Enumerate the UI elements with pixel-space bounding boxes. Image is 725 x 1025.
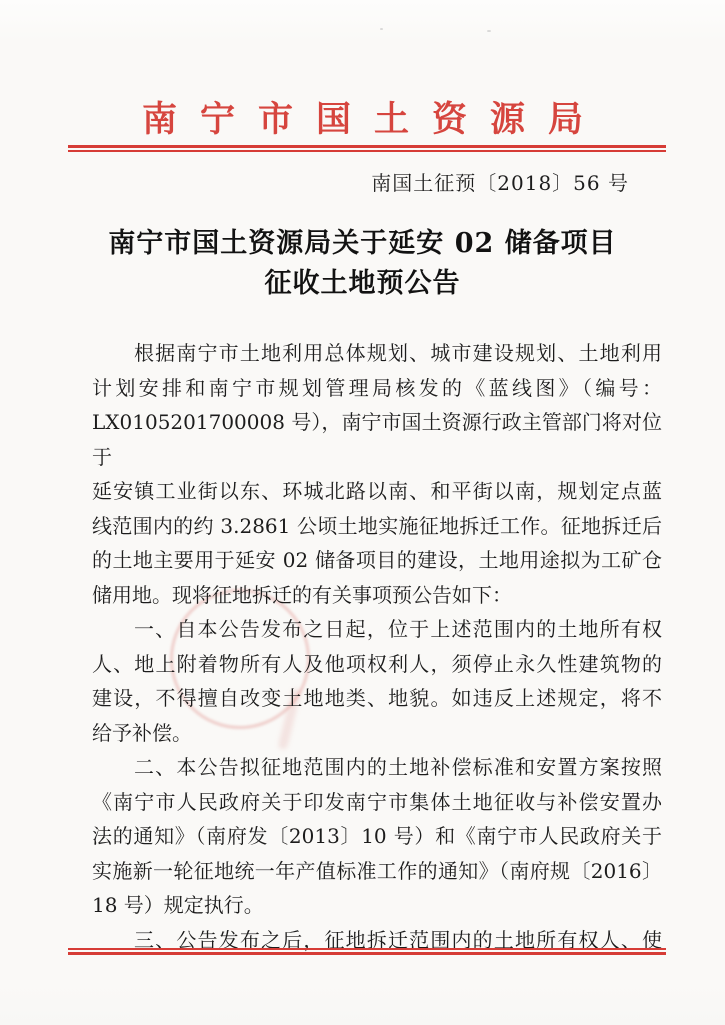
scan-speck: [487, 30, 491, 32]
body-line: 延安镇工业街以东、环城北路以南、和平街以南，规划定点蓝: [92, 474, 662, 509]
masthead-double-rule: [68, 145, 666, 152]
body-line: 18 号）规定执行。: [92, 888, 662, 923]
body-line: 计划安排和南宁市规划管理局核发的《蓝线图》（编号：: [92, 371, 662, 406]
paragraph-intro: 根据南宁市土地利用总体规划、城市建设规划、土地利用 计划安排和南宁市规划管理局核…: [92, 336, 662, 612]
body-line: 给予补偿。: [92, 716, 662, 751]
body-line: 线范围内的约 3.2861 公顷土地实施征地拆迁工作。征地拆迁后: [92, 509, 662, 544]
body-line: 人、地上附着物所有人及他项权利人，须停止永久性建筑物的: [92, 647, 662, 682]
document-title: 南宁市国土资源局关于延安 02 储备项目 征收土地预公告: [0, 224, 725, 304]
body-line: 储用地。现将征地拆迁的有关事项预公告如下：: [92, 578, 662, 613]
document-number: 南国土征预〔2018〕56 号: [371, 167, 629, 196]
title-line-2: 征收土地预公告: [0, 264, 725, 304]
body-line: 一、自本公告发布之日起，位于上述范围内的土地所有权: [92, 612, 662, 647]
body-line: 根据南宁市土地利用总体规划、城市建设规划、土地利用: [92, 336, 662, 371]
footer-double-rule: [68, 948, 666, 955]
paragraph-item-2: 二、本公告拟征地范围内的土地补偿标准和安置方案按照 《南宁市人民政府关于印发南宁…: [92, 750, 662, 923]
body-line: LX0105201700008 号），南宁市国土资源行政主管部门将对位于: [92, 405, 662, 474]
body-line: 实施新一轮征地统一年产值标准工作的通知》（南府规〔2016〕: [92, 854, 662, 889]
body-line: 建设，不得擅自改变土地地类、地貌。如违反上述规定，将不: [92, 681, 662, 716]
agency-masthead: 南宁市国土资源局: [0, 92, 725, 142]
body-line: 《南宁市人民政府关于印发南宁市集体土地征收与补偿安置办: [92, 785, 662, 820]
paragraph-item-1: 一、自本公告发布之日起，位于上述范围内的土地所有权 人、地上附着物所有人及他项权…: [92, 612, 662, 750]
body-line: 法的通知》（南府发〔2013〕10 号）和《南宁市人民政府关于: [92, 819, 662, 854]
body-line: 二、本公告拟征地范围内的土地补偿标准和安置方案按照: [92, 750, 662, 785]
body-line: 的土地主要用于延安 02 储备项目的建设，土地用途拟为工矿仓: [92, 543, 662, 578]
scan-speck: [380, 28, 383, 30]
document-page: 南宁市国土资源局 南国土征预〔2018〕56 号 南宁市国土资源局关于延安 02…: [0, 0, 725, 1025]
title-line-1: 南宁市国土资源局关于延安 02 储备项目: [0, 224, 725, 264]
document-body: 根据南宁市土地利用总体规划、城市建设规划、土地利用 计划安排和南宁市规划管理局核…: [92, 336, 662, 957]
